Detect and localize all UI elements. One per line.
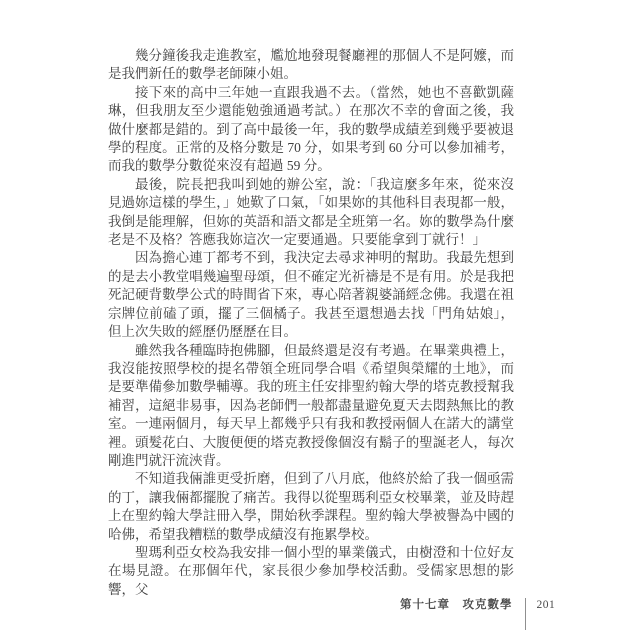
footer-divider bbox=[525, 598, 526, 630]
footer-page-number: 201 bbox=[537, 597, 556, 613]
footer-chapter-label: 第十七章 攻克數學 bbox=[400, 597, 513, 613]
page-footer: 第十七章 攻克數學 201 bbox=[400, 597, 555, 630]
paragraph: 不知道我倆誰更受折磨，但到了八月底，他終於給了我一個亟需的丁，讓我倆都擺脫了痛苦… bbox=[108, 470, 514, 544]
paragraph: 因為擔心連丁都考不到，我決定去尋求神明的幫助。我最先想到的是去小教堂唱幾遍聖母頌… bbox=[108, 249, 514, 341]
paragraph: 接下來的高中三年她一直跟我過不去。（當然，她也不喜歡凱薩琳，但我朋友至少還能勉強… bbox=[108, 84, 514, 176]
paragraph: 聖瑪利亞女校為我安排一個小型的畢業儀式，由樹澄和十位好友在場見證。在那個年代，家… bbox=[108, 544, 514, 599]
body-text: 幾分鐘後我走進教室，尷尬地發現餐廳裡的那個人不是阿嬤，而是我們新任的數學老師陳小… bbox=[108, 47, 514, 599]
paragraph: 雖然我各種臨時抱佛腳，但最終還是沒有考過。在畢業典禮上，我沒能按照學校的提名帶領… bbox=[108, 342, 514, 471]
paragraph: 最後，院長把我叫到她的辦公室，說：「我這麼多年來，從來沒見過妳這樣的學生，」她歎… bbox=[108, 176, 514, 250]
book-page: 幾分鐘後我走進教室，尷尬地發現餐廳裡的那個人不是阿嬤，而是我們新任的數學老師陳小… bbox=[0, 0, 640, 640]
paragraph: 幾分鐘後我走進教室，尷尬地發現餐廳裡的那個人不是阿嬤，而是我們新任的數學老師陳小… bbox=[108, 47, 514, 84]
